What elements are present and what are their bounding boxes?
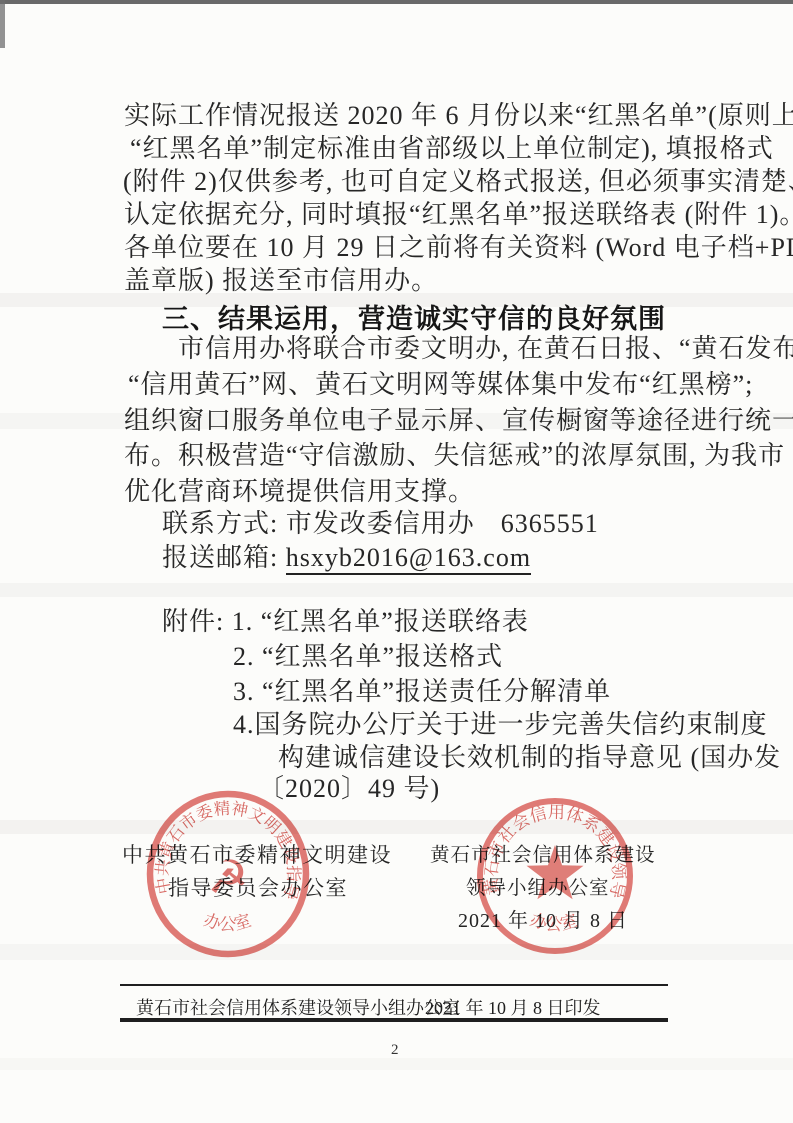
body-line: 市信用办将联合市委文明办, 在黄石日报、“黄石发布”、 [178,334,793,364]
body-line: “红黑名单”制定标准由省部级以上单位制定), 填报格式 [130,134,774,164]
contact-email-line: 报送邮箱: hsxyb2016@163.com [162,543,531,573]
scanned-document-page: 实际工作情况报送 2020 年 6 月份以来“红黑名单”(原则上 “红黑名单”制… [0,0,793,1123]
attachment-item-4-cont: 构建诚信建设长效机制的指导意见 (国办发 [278,743,781,773]
footer-issuer: 黄石市社会信用体系建设领导小组办公室 [136,994,460,1020]
seal-bottom-text: 办公室 [527,910,579,934]
footer-rule-bottom [120,1018,668,1022]
body-line: 布。积极营造“守信激励、失信惩戒”的浓厚氛围, 为我市 [124,441,785,471]
official-seal-left: 中共黄石市委精神文明建设指导委员会 办公室 ☭ [145,790,312,959]
scan-artifact-band [0,1058,793,1070]
attachment-item-2: 2. “红黑名单”报送格式 [233,642,503,672]
seal-bottom-text-container: 办公室 [201,910,253,934]
contact-phone-line: 联系方式: 市发改委信用办6365551 [162,509,599,539]
body-line: “信用黄石”网、黄石文明网等媒体集中发布“红黑榜”; [128,370,753,400]
seal-bottom-text: 办公室 [201,910,253,934]
email-address: hsxyb2016@163.com [286,543,531,575]
contact-phone-number: 6365551 [501,509,599,538]
attachment-item-3: 3. “红黑名单”报送责任分解清单 [233,677,611,707]
body-line: 实际工作情况报送 2020 年 6 月份以来“红黑名单”(原则上 [124,101,793,131]
official-seal-right: 黄石市社会信用体系建设领导小组 办公室 [476,797,634,955]
attachment-item-4: 4.国务院办公厅关于进一步完善失信约束制度 [233,710,768,740]
attachment-item-1: 1. “红黑名单”报送联络表 [232,607,529,636]
body-line: 各单位要在 10 月 29 日之前将有关资料 (Word 电子档+PDF [124,233,793,263]
body-line: 优化营商环境提供信用支撑。 [124,477,475,507]
body-line: 盖章版) 报送至市信用办。 [124,266,438,296]
section-heading: 三、结果运用，营造诚实守信的良好氛围 [162,297,666,336]
attachments-label: 附件: [162,607,232,636]
contact-phone-label: 联系方式: 市发改委信用办 [162,509,475,538]
seal-bottom-text-container: 办公室 [527,910,579,934]
body-line: 认定依据充分, 同时填报“红黑名单”报送联络表 (附件 1)。 [124,200,793,230]
page-number: 2 [391,1042,399,1059]
hammer-sickle-icon: ☭ [207,850,248,904]
footer-rule-top [120,984,668,986]
body-line: 组织窗口服务单位电子显示屏、宣传橱窗等途径进行统一发 [124,406,793,436]
footer-print-date: 2021 年 10 月 8 日印发 [425,994,601,1020]
scan-artifact-band [0,583,793,597]
scan-corner-strip [0,0,5,48]
body-line: (附件 2)仅供参考, 也可自定义格式报送, 但必须事实清楚、 [123,167,793,197]
scan-top-edge [0,0,793,4]
contact-email-label: 报送邮箱: [162,543,286,572]
scan-artifact-band [0,944,793,960]
star-icon [527,845,584,899]
attachments-line-1: 附件: 1. “红黑名单”报送联络表 [162,607,529,637]
scan-artifact-band [0,820,793,834]
